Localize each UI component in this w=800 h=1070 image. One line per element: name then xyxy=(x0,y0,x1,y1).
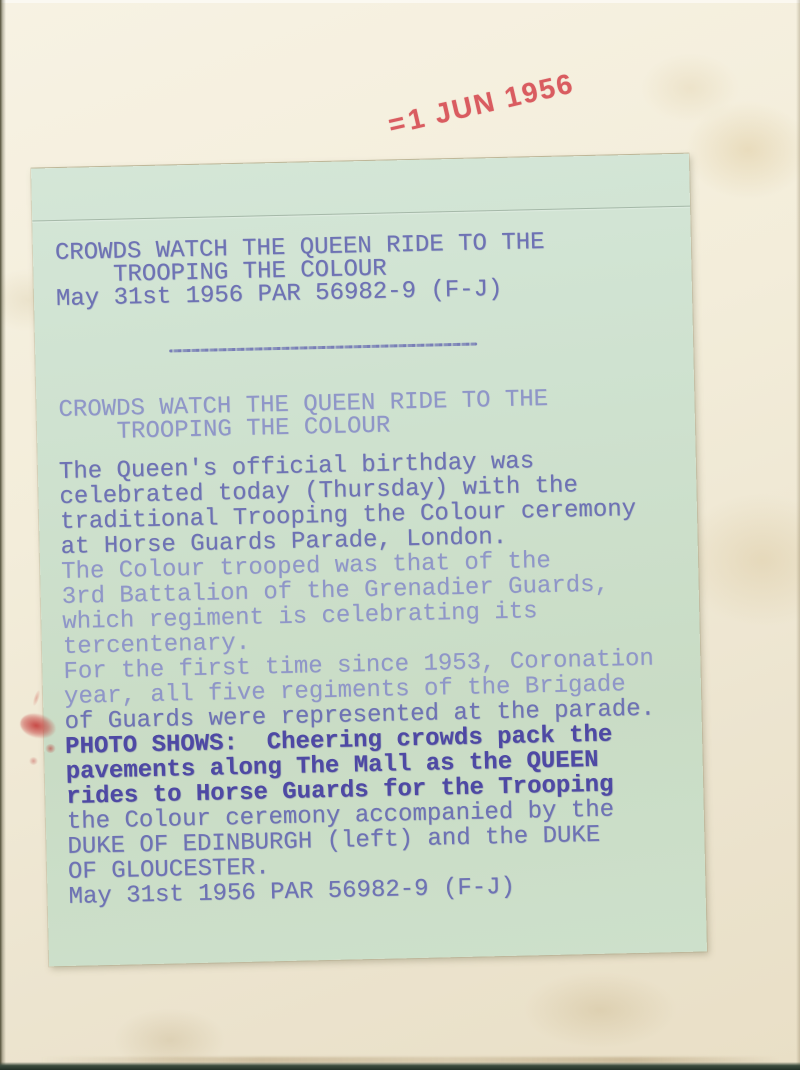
caption-heading: CROWDS WATCH THE QUEEN RIDE TO THE TROOP… xyxy=(55,231,546,311)
page-edge-left xyxy=(0,0,6,1070)
caption-heading-repeat: CROWDS WATCH THE QUEEN RIDE TO THE TROOP… xyxy=(58,388,549,445)
date-stamp-prefix: = xyxy=(385,106,408,140)
page-edge-top xyxy=(0,0,800,3)
page-edge-right xyxy=(796,0,800,1070)
date-stamp: =1 JUN 1956 xyxy=(385,63,599,149)
caption-body: The Queen's official birthday wascelebra… xyxy=(59,447,660,910)
page-edge-bottom xyxy=(0,1062,800,1070)
red-ink-splotch xyxy=(32,690,42,707)
album-page: =1 JUN 1956 CROWDS WATCH THE QUEEN RIDE … xyxy=(0,0,800,1070)
red-ink-splotch xyxy=(29,757,38,765)
bottom-smudge xyxy=(40,1057,780,1063)
typed-divider-line xyxy=(169,342,477,352)
paper-crease-line xyxy=(32,206,690,222)
photo-caption-paper: CROWDS WATCH THE QUEEN RIDE TO THE TROOP… xyxy=(31,154,707,967)
date-stamp-text: 1 JUN 1956 xyxy=(405,67,577,135)
